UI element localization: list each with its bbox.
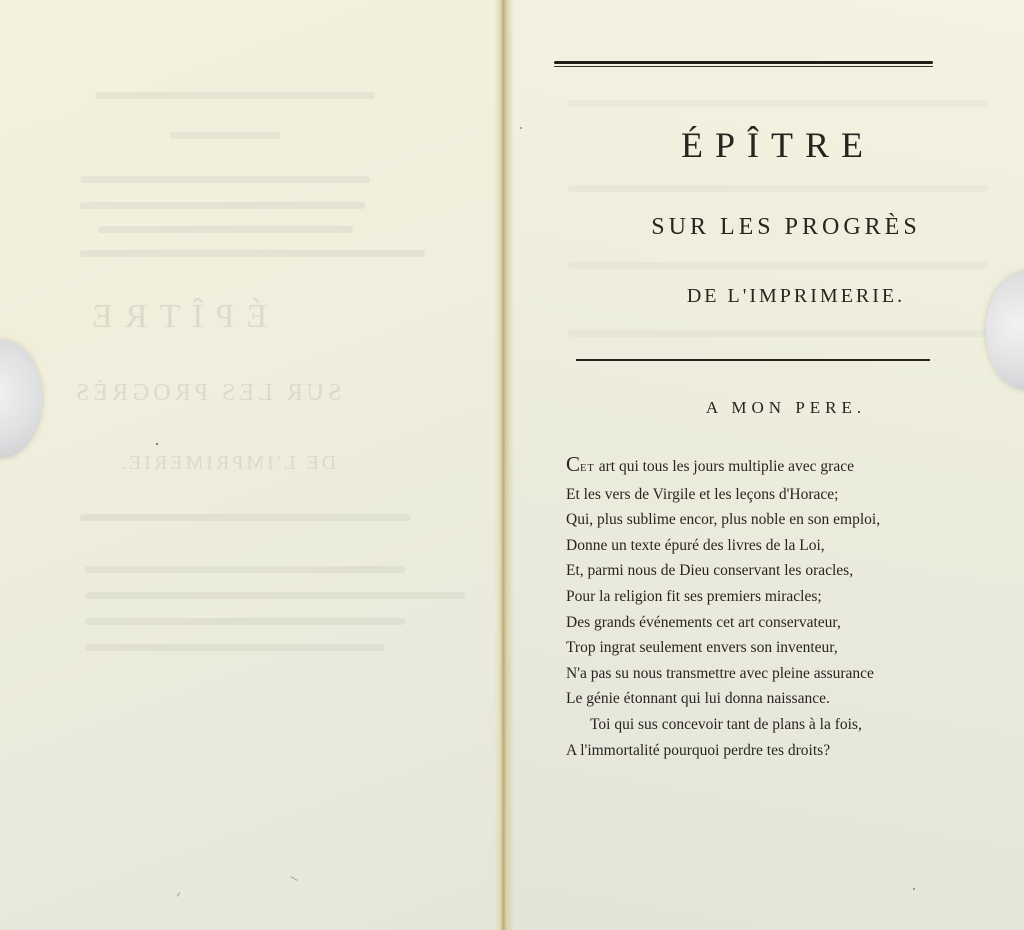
- poem-line: Trop ingrat seulement envers son invente…: [566, 635, 966, 661]
- top-ornamental-rule: [554, 61, 933, 67]
- dedication-heading: A MON PERE.: [508, 398, 1024, 418]
- bleed-through-line: [80, 176, 370, 183]
- section-rule: [576, 359, 930, 361]
- bleed-through-line: [85, 618, 405, 625]
- title-de-l-imprimerie: DE L'IMPRIMERIE.: [508, 285, 1024, 308]
- title-epitre: ÉPÎTRE: [508, 124, 1024, 166]
- poem-line-stanza2: Toi qui sus concevoir tant de plans à la…: [566, 712, 966, 738]
- bleed-through-line: [85, 644, 385, 651]
- poem-line-first: Cet art qui tous les jours multiplie ave…: [566, 452, 966, 482]
- paper-speck: [290, 876, 297, 881]
- bleed-through-line: [80, 514, 410, 521]
- poem-line: N'a pas su nous transmettre avec pleine …: [566, 661, 966, 687]
- bleed-through-title: ÉPÎTRE: [80, 298, 267, 336]
- drop-cap: C: [566, 452, 580, 476]
- small-caps-word: et: [580, 463, 595, 474]
- paper-speck: [177, 892, 181, 896]
- bleed-through-line: [568, 185, 988, 192]
- poem-line: Pour la religion fit ses premiers miracl…: [566, 584, 966, 610]
- paper-speck: [913, 888, 915, 890]
- left-page: ÉPÎTRE SUR LES PROGRÈS DE L'IMPRIMERIE.: [0, 0, 505, 930]
- bleed-through-subtitle: SUR LES PROGRÈS: [72, 380, 341, 407]
- open-book-spread: ÉPÎTRE SUR LES PROGRÈS DE L'IMPRIMERIE. …: [0, 0, 1024, 930]
- poem-line: Des grands événements cet art conservate…: [566, 610, 966, 636]
- poem-line: Qui, plus sublime encor, plus noble en s…: [566, 507, 966, 533]
- title-sur-les-progres: SUR LES PROGRÈS: [508, 214, 1024, 241]
- poem-body: Cet art qui tous les jours multiplie ave…: [566, 452, 966, 763]
- paper-speck: [156, 443, 158, 445]
- bleed-through-line: [80, 202, 365, 209]
- bleed-through-line: [568, 262, 988, 269]
- bleed-through-line: [170, 132, 280, 139]
- bleed-through-line: [85, 592, 465, 599]
- poem-line: Et, parmi nous de Dieu conservant les or…: [566, 558, 966, 584]
- poem-line-text: art qui tous les jours multiplie avec gr…: [595, 458, 854, 475]
- bleed-through-line: [95, 92, 375, 99]
- bleed-through-line: [80, 250, 425, 257]
- bleed-through-line: [98, 226, 353, 233]
- poem-line: Le génie étonnant qui lui donna naissanc…: [566, 686, 966, 712]
- bleed-through-line: [85, 566, 405, 573]
- poem-line: Et les vers de Virgile et les leçons d'H…: [566, 482, 966, 508]
- bleed-through-subtitle2: DE L'IMPRIMERIE.: [118, 452, 336, 475]
- poem-line-stanza2: A l'immortalité pourquoi perdre tes droi…: [566, 738, 966, 764]
- poem-line: Donne un texte épuré des livres de la Lo…: [566, 533, 966, 559]
- bleed-through-line: [568, 100, 988, 107]
- bleed-through-line: [568, 330, 988, 337]
